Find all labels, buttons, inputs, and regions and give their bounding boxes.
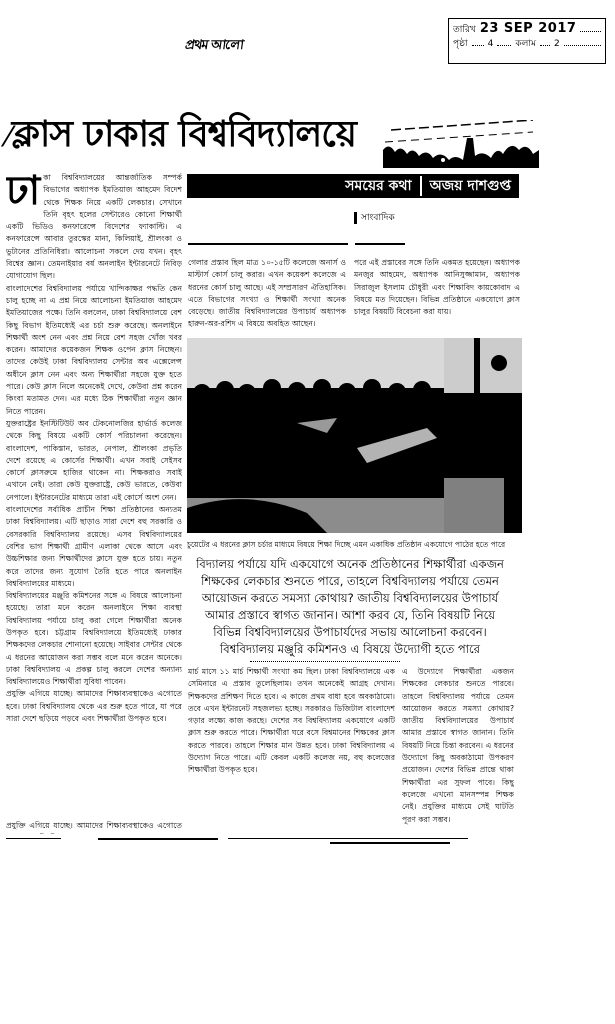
paragraph: যুক্তরাষ্ট্রের ইনস্টিটিউট অব টেকনোলজির হ…	[6, 418, 182, 504]
article-column-right-top: পরে এই প্রস্তাবের সঙ্গে তিনি একমত হয়েছে…	[354, 257, 520, 331]
paragraph: বিশ্ববিদ্যালয়ের মঞ্জুরি কমিশনের সঙ্গে এ…	[6, 590, 182, 688]
paragraph: বাংলাদেশের বিশ্ববিদ্যালয় পর্যায়ে খান্দ…	[6, 283, 182, 418]
article-column-left: ঢা কা বিশ্ববিদ্যালয়ের আন্তর্জাতিক সম্পর…	[6, 172, 182, 820]
headline-text: ক্লাস ঢাকার বিশ্ববিদ্যালয়ে	[12, 114, 356, 155]
article-photo-right	[444, 338, 522, 533]
article-column-right-bottom: এ উদ্যোগে শিক্ষার্থীরা একজন শিক্ষকের লেক…	[402, 666, 514, 834]
article-column-middle-bottom: মার্চ মাসে ১১ মার্চ শিক্ষার্থী সংখ্যা কম…	[188, 666, 395, 834]
clipping-stamp: তারিখ 23 SEP 2017 পৃষ্ঠা 4 কলাম 2	[448, 18, 606, 64]
divider	[188, 243, 348, 245]
paragraph: প্রযুক্তি এগিয়ে যাচ্ছে। আমাদের শিক্ষাব্…	[6, 688, 182, 725]
newspaper-name: প্রথম আলো	[184, 36, 245, 57]
page-value: 4	[488, 37, 494, 51]
divider	[355, 243, 405, 245]
bullet-bar-icon	[354, 212, 357, 224]
page-label: পৃষ্ঠা	[453, 37, 468, 51]
date-dots	[580, 23, 601, 32]
bottom-edge	[228, 838, 468, 839]
crowd-illustration-icon	[383, 120, 543, 168]
column-separator	[420, 176, 422, 196]
bottom-edge	[330, 842, 450, 844]
dotted-divider	[250, 661, 400, 662]
pen-mark-icon: ⁄	[6, 120, 10, 153]
column-title-bar: সময়ের কথা অজয় দাশগুপ্ত	[187, 174, 519, 198]
paragraph: বাংলাদেশের সর্বাধিক প্রাচীন শিক্ষা প্রতি…	[6, 504, 182, 590]
column-name: সময়ের কথা	[345, 174, 411, 198]
banner-illustration	[383, 120, 543, 168]
column-value: 2	[554, 37, 560, 51]
article-column-middle-top: গেলার প্রস্তাব ছিল মাত্র ১০-১৫টি কলেজে অ…	[188, 257, 346, 331]
article-headline: ⁄ক্লাস ঢাকার বিশ্ববিদ্যালয়ে	[6, 110, 356, 162]
bottom-edge	[6, 838, 61, 839]
article-photo	[187, 338, 444, 533]
drop-cap: ঢা	[6, 172, 40, 210]
bottom-edge	[98, 838, 218, 840]
column-label: কলাম	[515, 37, 536, 51]
date-label: তারিখ	[453, 23, 476, 37]
date-value: 23 SEP 2017	[480, 22, 577, 36]
pull-quote: বিদ্যালয় পর্যায়ে যদি একযোগে অনেক প্রতি…	[190, 556, 510, 658]
author-role: সাংবাদিক	[354, 210, 395, 225]
article-column-left-end: প্রযুক্তি এগিয়ে যাচ্ছে। আমাদের শিক্ষাব্…	[6, 820, 182, 834]
photo-caption: চুয়েটের এ ধরনের ক্লাস চর্চার মাধ্যমে বি…	[187, 540, 522, 550]
classroom-photo-icon	[187, 338, 444, 533]
author-name: অজয় দাশগুপ্ত	[430, 174, 511, 198]
